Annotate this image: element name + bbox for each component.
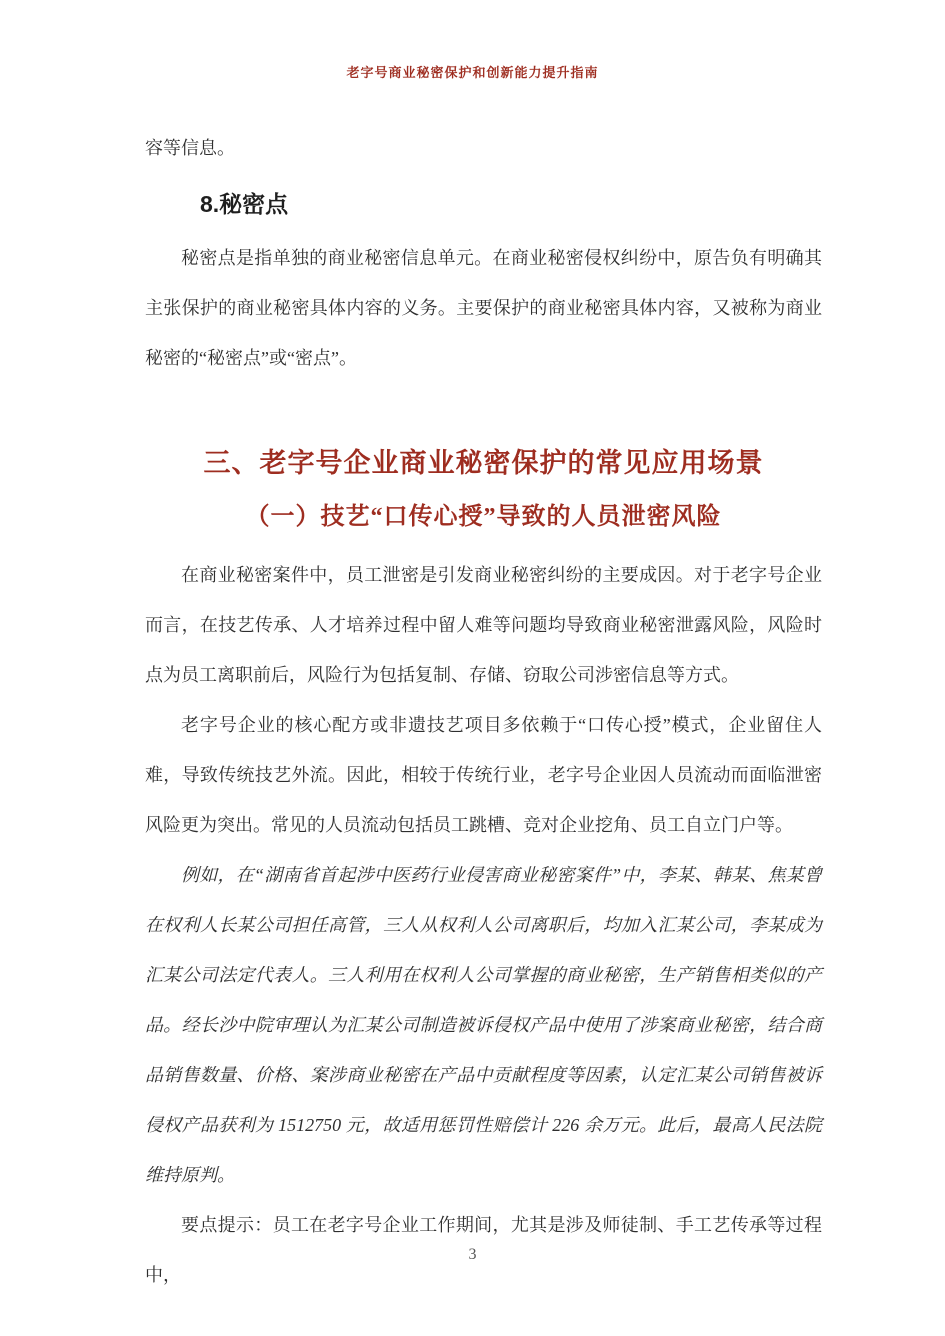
- page-number: 3: [0, 1246, 945, 1264]
- paragraph-employee-leak: 在商业秘密案件中，员工泄密是引发商业秘密纠纷的主要成因。对于老字号企业而言，在技…: [145, 550, 822, 700]
- page-content: 容等信息。 8.秘密点 秘密点是指单独的商业秘密信息单元。在商业秘密侵权纠纷中，…: [145, 123, 822, 1300]
- paragraph-secret-point-definition: 秘密点是指单独的商业秘密信息单元。在商业秘密侵权纠纷中，原告负有明确其主张保护的…: [145, 233, 822, 383]
- paragraph-oral-tradition-risk: 老字号企业的核心配方或非遗技艺项目多依赖于“口传心授”模式，企业留住人难，导致传…: [145, 700, 822, 850]
- document-page: 老字号商业秘密保护和创新能力提升指南 容等信息。 8.秘密点 秘密点是指单独的商…: [0, 0, 945, 1336]
- carryover-text: 容等信息。: [145, 123, 822, 173]
- paragraph-case-example: 例如，在“湖南省首起涉中医药行业侵害商业秘密案件”中，李某、韩某、焦某曾在权利人…: [145, 850, 822, 1200]
- heading-secret-point: 8.秘密点: [200, 187, 822, 221]
- running-header: 老字号商业秘密保护和创新能力提升指南: [0, 0, 945, 81]
- section-heading: （一）技艺“口传心授”导致的人员泄密风险: [145, 498, 822, 536]
- chapter-heading: 三、老字号企业商业秘密保护的常见应用场景: [145, 443, 822, 483]
